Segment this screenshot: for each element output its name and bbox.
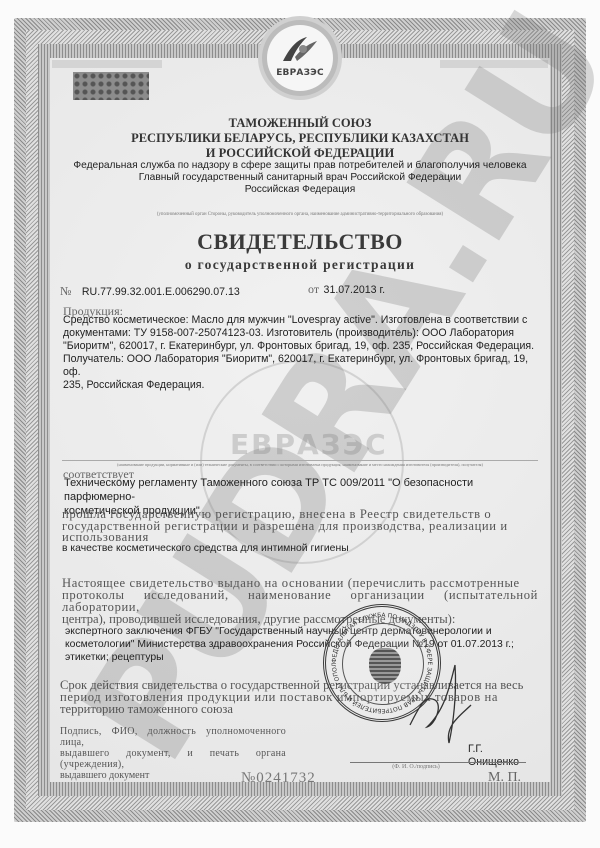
signature-label-line: Подпись, ФИО, должность уполномоченного … bbox=[60, 726, 286, 748]
conformity-line: Техническому регламенту Таможенного союз… bbox=[64, 476, 544, 504]
authority-line-3: Российская Федерация bbox=[66, 184, 534, 196]
coat-of-arms-icon bbox=[369, 648, 401, 684]
handwritten-signature bbox=[405, 655, 475, 745]
document-subtitle: о государственной регистрации bbox=[66, 257, 534, 273]
header-line-2: РЕСПУБЛИКИ БЕЛАРУСЬ, РЕСПУБЛИКИ КАЗАХСТА… bbox=[66, 131, 534, 145]
product-description: Средство косметическое: Масло для мужчин… bbox=[63, 314, 543, 392]
seal-place-mark: М. П. bbox=[488, 770, 521, 786]
basis-line: протоколы исследований, наименование орг… bbox=[62, 589, 538, 613]
evrazes-logo-icon bbox=[281, 35, 319, 63]
evrazes-emblem: ЕВРАЗЭС bbox=[262, 20, 338, 96]
statement-line: использования bbox=[62, 532, 538, 542]
document-title: СВИДЕТЕЛЬСТВО bbox=[66, 229, 534, 255]
issuance-basis: Настоящее свидетельство выдано на основа… bbox=[62, 577, 538, 664]
registration-statement: прошла государственную регистрацию, внес… bbox=[62, 508, 538, 555]
registration-date: 31.07.2013 г. bbox=[324, 284, 385, 296]
hologram-sticker bbox=[73, 72, 149, 100]
authority-line-2: Главный государственный санитарный врач … bbox=[66, 172, 534, 184]
authority-caption: (уполномоченный орган Стороны, руководит… bbox=[66, 212, 534, 217]
signatory-name: Г.Г. Онищенко bbox=[468, 743, 534, 769]
basis-value: экспертного заключения ФГБУ "Государстве… bbox=[65, 625, 538, 638]
signature-line bbox=[350, 762, 526, 763]
product-line: "Биоритм", 620017, г. Екатеринбург, ул. … bbox=[63, 340, 543, 353]
product-line: 235, Российская Федерация. bbox=[63, 379, 543, 392]
product-line: Получатель: ООО Лаборатория "Биоритм", 6… bbox=[63, 353, 543, 379]
blank-serial-number: №0241732 bbox=[241, 770, 316, 787]
basis-line: центра), проводившей исследования, други… bbox=[62, 613, 538, 625]
security-strip-left bbox=[52, 60, 162, 68]
signature-label-line: выдавшего документ, и печать органа (учр… bbox=[60, 748, 286, 770]
emblem-label: ЕВРАЗЭС bbox=[276, 68, 324, 78]
header-line-1: ТАМОЖЕННЫЙ СОЮЗ bbox=[66, 116, 534, 130]
registration-date-row: от 31.07.2013 г. bbox=[308, 280, 385, 298]
product-underline bbox=[62, 460, 538, 461]
date-label: от bbox=[308, 282, 319, 296]
registration-number: RU.77.99.32.001.Е.006290.07.13 bbox=[82, 286, 240, 298]
authority-line-1: Федеральная служба по надзору в сфере за… bbox=[66, 160, 534, 172]
number-label: № bbox=[60, 284, 71, 298]
signature-caption: (Ф. И. О./подпись) bbox=[366, 764, 466, 770]
product-line: Средство косметическое: Масло для мужчин… bbox=[63, 314, 543, 327]
usage-value: в качестве косметического средства для и… bbox=[62, 542, 538, 555]
basis-value: косметологии" Министерства здравоохранен… bbox=[65, 638, 538, 651]
registration-number-row: № RU.77.99.32.001.Е.006290.07.13 bbox=[60, 282, 240, 300]
header-line-3: И РОССИЙСКОЙ ФЕДЕРАЦИИ bbox=[66, 146, 534, 160]
product-line: документами: ТУ 9158-007-25074123-03. Из… bbox=[63, 327, 543, 340]
